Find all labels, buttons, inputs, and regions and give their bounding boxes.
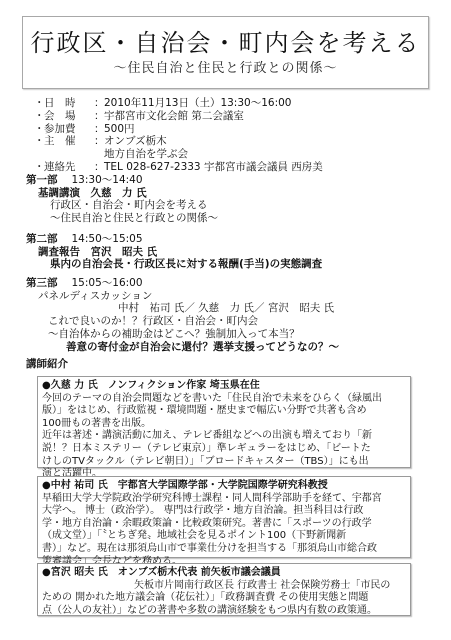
part-type-speaker: 調査報告 宮沢 昭夫 氏: [26, 246, 322, 259]
info-row-venue: ・ 会 場 ： 宇都宮市文化会館 第二会議室: [34, 110, 323, 123]
info-value: 宇都宮市文化会館 第二会議室: [104, 110, 244, 123]
colon: ：: [94, 123, 104, 136]
speaker-bio-line: 説！？日本ミステリー（テレビ東京）」準レギュラーをはじめ、「ビートた: [42, 443, 406, 456]
title-box: 行政区・自治会・町内会を考える 〜住民自治と住民と行政との関係〜: [22, 16, 429, 89]
part-heading: 第三部15:05〜16:00: [26, 277, 339, 290]
speaker-bio-line: 近年は著述・講演活動に加え、テレビ番組などへの出演も増えており「新: [42, 430, 406, 443]
speaker-bio-line: ための 開かれた地方議会論（花伝社）」「政務調査費 その使用実態と問題: [42, 592, 406, 605]
info-value: 2010年11月13日（土）13:30〜16:00: [104, 97, 291, 110]
colon: ：: [94, 135, 104, 148]
speaker-bio-line: 大学へ。 博士（政治学）。 専門は行政学・地方自治論。担当科目は行政: [42, 505, 406, 518]
panelists: 中村 祐司 氏／ 久慈 力 氏／ 宮沢 昭夫 氏: [26, 302, 339, 315]
part-type: パネルディスカッション: [26, 290, 339, 303]
part-type-speaker: 基調講演 久慈 力 氏: [26, 187, 218, 200]
part-label: 第二部: [26, 233, 58, 245]
page-subtitle: 〜住民自治と住民と行政との関係〜: [23, 60, 428, 78]
bullet: ・: [34, 97, 44, 110]
info-row-organizer-2: 地方自治を学ぶ会: [34, 148, 323, 161]
program-part-2: 第二部14:50〜15:05 調査報告 宮沢 昭夫 氏 県内の自治会長・行政区長…: [26, 233, 322, 271]
page-title: 行政区・自治会・町内会を考える: [23, 29, 428, 57]
speaker-bio-line: 100冊もの著書を出版。: [42, 418, 406, 431]
info-value: TEL 028-627-2333 宇都宮市議会議員 西房美: [104, 161, 323, 174]
speakers-section-label: 講師紹介: [26, 356, 68, 371]
part-question-1: 〜自治体からの補助金はどこへ？強制加入って本当？: [26, 328, 339, 341]
part-label: 第三部: [26, 277, 58, 289]
speaker-card-miyazawa: ●宮沢 昭夫 氏 オンブズ栃木代表 前矢板市議会議員 矢板市片岡南行政区長 行政…: [37, 563, 411, 616]
speaker-bio-line: 今回のテーマの自治会問題などを書いた「住民自治で未来をひらく（緑風出: [42, 393, 406, 406]
bullet: ・: [34, 161, 44, 174]
part-title: 県内の自治会長・行政区長に対する報酬(手当)の実態調査: [26, 258, 322, 271]
speaker-header: ●宮沢 昭夫 氏 オンブズ栃木代表 前矢板市議会議員: [42, 567, 406, 580]
info-label: 参加費: [44, 123, 94, 136]
info-value: 500円: [104, 123, 135, 136]
info-row-fee: ・ 参加費 ： 500円: [34, 123, 323, 136]
speaker-bio-line: 点（公人の友社）」などの著書や多数の講演経験をもつ県内有数の政策通。: [42, 605, 406, 618]
part-subtitle: 〜住民自治と住民と行政との関係〜: [26, 212, 218, 225]
info-row-contact: ・ 連絡先 ： TEL 028-627-2333 宇都宮市議会議員 西房美: [34, 161, 323, 174]
info-label: 日 時: [44, 97, 94, 110]
speaker-bio-line: 早稲田大学大学院政治学研究科博士課程・同人間科学部助手を経て、宇都宮: [42, 493, 406, 506]
info-label: 主 催: [44, 135, 94, 148]
speaker-card-kuji: ●久慈 力 氏 ノンフィクション作家 埼玉県在住 今回のテーマの自治会問題などを…: [37, 376, 411, 468]
speaker-bio-line: 学・地方自治論・余暇政策論・比較政策研究。著書に「スポーツの行政学: [42, 518, 406, 531]
part-label: 第一部: [26, 174, 58, 186]
info-label: 会 場: [44, 110, 94, 123]
part-time: 13:30〜14:40: [72, 174, 143, 186]
info-value: オンブズ栃木: [104, 135, 167, 148]
info-label: 連絡先: [44, 161, 94, 174]
speaker-subheader: 矢板市片岡南行政区長 行政書士 社会保険労務士「市民の: [42, 580, 406, 593]
info-row-organizer: ・ 主 催 ： オンブズ栃木: [34, 135, 323, 148]
bullet: ・: [34, 123, 44, 136]
colon: ：: [94, 97, 104, 110]
event-info: ・ 日 時 ： 2010年11月13日（土）13:30〜16:00 ・ 会 場 …: [34, 97, 323, 174]
speaker-bio-line: （成文堂）」「〝とちぎ発〟地域社会を見るポイント100（下野新聞新: [42, 530, 406, 543]
speaker-bio-line: 書）」など。現在は那須烏山市で事業仕分けを担当する「那須烏山市総合政: [42, 543, 406, 556]
part-question-2: 善意の寄付金が自治会に還付？選挙支援ってどうなの？〜: [26, 341, 339, 354]
part-time: 15:05〜16:00: [72, 277, 143, 289]
part-heading: 第二部14:50〜15:05: [26, 233, 322, 246]
part-heading: 第一部13:30〜14:40: [26, 174, 218, 187]
part-title: これで良いのか！？行政区・自治会・町内会: [26, 315, 339, 328]
bullet: ・: [34, 135, 44, 148]
speaker-card-nakamura: ●中村 祐司 氏 宇都宮大学国際学部・大学院国際学研究科教授 早稲田大学大学院政…: [37, 476, 411, 558]
speaker-header: ●中村 祐司 氏 宇都宮大学国際学部・大学院国際学研究科教授: [42, 480, 406, 493]
part-title: 行政区・自治会・町内会を考える: [26, 199, 218, 212]
colon: ：: [94, 110, 104, 123]
speaker-header: ●久慈 力 氏 ノンフィクション作家 埼玉県在住: [42, 380, 406, 393]
info-value: 地方自治を学ぶ会: [34, 148, 188, 161]
program-part-1: 第一部13:30〜14:40 基調講演 久慈 力 氏 行政区・自治会・町内会を考…: [26, 174, 218, 225]
colon: ：: [94, 161, 104, 174]
info-row-datetime: ・ 日 時 ： 2010年11月13日（土）13:30〜16:00: [34, 97, 323, 110]
speaker-bio-line: けしのTVタックル（テレビ朝日）」「ブロードキャスター（TBS）」にも出: [42, 456, 406, 469]
part-time: 14:50〜15:05: [72, 233, 143, 245]
speaker-bio-line: 版）」をはじめ、行政監視・環境問題・歴史まで幅広い分野で共著も含め: [42, 405, 406, 418]
program-part-3: 第三部15:05〜16:00 パネルディスカッション 中村 祐司 氏／ 久慈 力…: [26, 277, 339, 353]
bullet: ・: [34, 110, 44, 123]
